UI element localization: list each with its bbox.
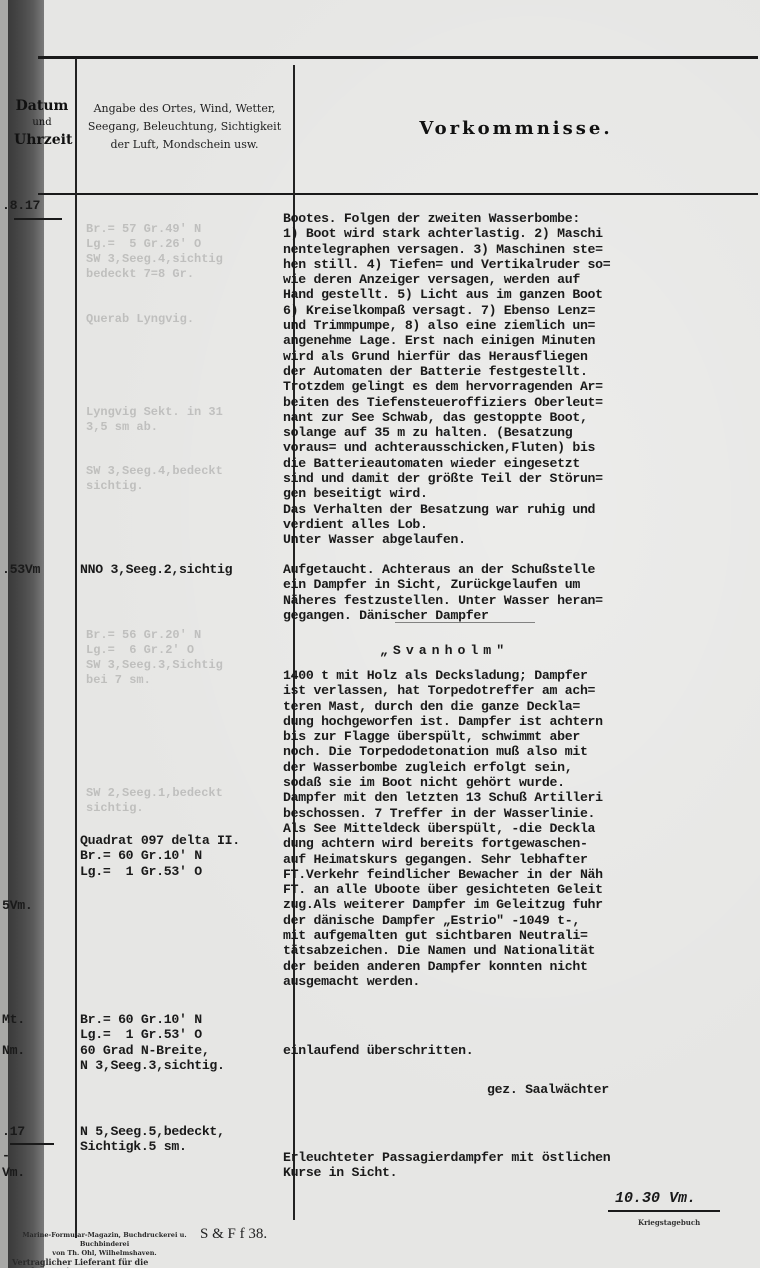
entry-1-date: .8.17 <box>2 198 76 213</box>
typed-line: sind und damit der größte Teil der Störu… <box>283 471 753 486</box>
typed-line: ein Dampfer in Sicht, Zurückgelaufen um <box>283 577 753 592</box>
header-events-column: Vorkommnisse. <box>296 118 736 139</box>
typed-line: solange auf 35 m zu halten. (Besatzung <box>283 425 753 440</box>
imprint-line: Marine-Formular-Magazin, Buchdruckerei u… <box>12 1231 197 1249</box>
typed-line: sodaß sie im Boot nicht gehört wurde. <box>283 775 753 790</box>
binding-shadow <box>8 0 44 1268</box>
entry-2-events: Aufgetaucht. Achteraus an der Schußstell… <box>283 562 753 623</box>
typed-line: zug.Als weiterer Dampfer im Geleitzug fu… <box>283 897 753 912</box>
typed-line: N 3,Seeg.3,sichtig. <box>80 1058 295 1073</box>
typed-line: Lg.= 1 Gr.53' O <box>80 864 295 879</box>
typed-line: einlaufend überschritten. <box>283 1043 753 1058</box>
header-date-column: Datum und Uhrzeit <box>14 95 70 151</box>
ship-name-svanholm: „Svanholm" <box>380 643 509 658</box>
entry-1-events: Bootes. Folgen der zweiten Wasserbombe:1… <box>283 211 753 548</box>
footer-time: 10.30 Vm. <box>615 1190 696 1207</box>
typed-line: verdient alles Lob. <box>283 517 753 532</box>
entry-2-place: NNO 3,Seeg.2,sichtig <box>80 562 295 577</box>
typed-line: noch. Die Torpedodetonation muß also mit <box>283 744 753 759</box>
document-page: Datum und Uhrzeit Angabe des Ortes, Wind… <box>0 0 760 1268</box>
entry-5-events: Erleuchteter Passagierdampfer mit östlic… <box>283 1150 753 1181</box>
typed-line: Unter Wasser abgelaufen. <box>283 532 753 547</box>
typed-line: die Batterieautomaten wieder eingesetzt <box>283 456 753 471</box>
typed-line: ist verlassen, hat Torpedotreffer am ach… <box>283 683 753 698</box>
header-place-line: Seegang, Beleuchtung, Sichtigkeit <box>82 118 287 136</box>
typed-line: Sichtigk.5 sm. <box>80 1139 295 1154</box>
typed-line: FT. an alle Uboote über gesichteten Gele… <box>283 882 753 897</box>
header-bottom-rule <box>38 193 758 195</box>
entry-4-time-b: Nm. <box>2 1043 76 1058</box>
typed-line: teren Mast, durch den die ganze Deckla= <box>283 699 753 714</box>
typed-line: angenehme Lage. Erst nach einigen Minute… <box>283 333 753 348</box>
header-place-line: der Luft, Mondschein usw. <box>82 136 287 154</box>
top-rule <box>38 56 758 59</box>
typed-line: tätsabzeichen. Die Namen und Nationalitä… <box>283 943 753 958</box>
imprint-line: Vertraglicher Lieferant für die Nordsees… <box>12 1258 197 1268</box>
bleed-through-text: Br.= 56 Gr.20' N Lg.= 6 Gr.2' O SW 3,See… <box>86 628 223 688</box>
typed-line: der beiden anderen Dampfer konnten nicht <box>283 959 753 974</box>
typed-line: gegangen. Dänischer Dampfer <box>283 608 753 623</box>
form-title-footer: Kriegstagebuch <box>638 1218 700 1227</box>
entry-5-time: Vm. <box>2 1165 76 1180</box>
typed-line: Erleuchteter Passagierdampfer mit östlic… <box>283 1150 753 1165</box>
typed-line: Br.= 60 Gr.10' N <box>80 848 295 863</box>
typed-line: nentelegraphen versagen. 3) Maschinen st… <box>283 242 753 257</box>
bleed-through-text: SW 2,Seeg.1,bedeckt sichtig. <box>86 786 223 816</box>
entry-4-place: Br.= 60 Gr.10' NLg.= 1 Gr.53' O60 Grad N… <box>80 1012 295 1073</box>
entry-3-events: 1400 t mit Holz als Decksladung; Dampfer… <box>283 668 753 989</box>
typed-line: voraus= und achterausschicken,Fluten) bi… <box>283 440 753 455</box>
typed-line: beiten des Tiefensteueroffiziers Oberleu… <box>283 395 753 410</box>
entry-5-date: .17 <box>2 1124 76 1139</box>
scan-edge <box>0 0 8 1268</box>
printer-imprint: Marine-Formular-Magazin, Buchdruckerei u… <box>12 1231 197 1268</box>
bleed-through-text: Br.= 57 Gr.49' N Lg.= 5 Gr.26' O SW 3,Se… <box>86 222 223 327</box>
typed-line: Lg.= 1 Gr.53' O <box>80 1027 295 1042</box>
entry-4-time-a: Mt. <box>2 1012 76 1027</box>
typed-line: und Trimmpumpe, 8) also eine ziemlich un… <box>283 318 753 333</box>
typed-line: der dänische Dampfer „Estrio" -1049 t-, <box>283 913 753 928</box>
header-and-label: und <box>14 117 70 129</box>
typed-line: 1400 t mit Holz als Decksladung; Dampfer <box>283 668 753 683</box>
typed-line: Kurse in Sicht. <box>283 1165 753 1180</box>
header-place-line: Angabe des Ortes, Wind, Wetter, <box>82 100 287 118</box>
typed-line: Dampfer mit den letzten 13 Schuß Artille… <box>283 790 753 805</box>
typed-line: nant zur See Schwab, das gestoppte Boot, <box>283 410 753 425</box>
typed-line: dung achtern wird bereits fortgewaschen- <box>283 836 753 851</box>
typed-line: 60 Grad N-Breite, <box>80 1043 295 1058</box>
typed-line: wird als Grund hierfür das Herausfliegen <box>283 349 753 364</box>
typed-line: beschossen. 7 Treffer in der Wasserlinie… <box>283 806 753 821</box>
typed-line: Das Verhalten der Besatzung war ruhig un… <box>283 502 753 517</box>
typed-line: Quadrat 097 delta II. <box>80 833 295 848</box>
entry-5-place: N 5,Seeg.5,bedeckt,Sichtigk.5 sm. <box>80 1124 295 1155</box>
signature: gez. Saalwächter <box>487 1082 609 1097</box>
typed-line: dung hochgeworfen ist. Dampfer ist achte… <box>283 714 753 729</box>
date-underline-2 <box>10 1143 54 1145</box>
header-date-label: Datum <box>16 98 69 114</box>
entry-4-events: einlaufend überschritten. <box>283 1043 753 1058</box>
typed-line: 1) Boot wird stark achterlastig. 2) Masc… <box>283 226 753 241</box>
typed-line: Als See Mitteldeck überspült, -die Deckl… <box>283 821 753 836</box>
typed-line: hen still. 4) Tiefen= und Vertikalruder … <box>283 257 753 272</box>
entry-5-dash: - <box>2 1148 76 1163</box>
typed-line: Trotzdem gelingt es dem hervorragenden A… <box>283 379 753 394</box>
typed-line: Hand gestellt. 5) Licht aus im ganzen Bo… <box>283 287 753 302</box>
typed-line: 6) Kreiselkompaß versagt. 7) Ebenso Lenz… <box>283 303 753 318</box>
typed-line: bis zur Flagge überspült, schwimmt aber <box>283 729 753 744</box>
typed-line: auf Heimatskurs gegangen. Sehr lebhafter <box>283 852 753 867</box>
entry-3-time: 5Vm. <box>2 898 76 913</box>
typed-line: ausgemacht werden. <box>283 974 753 989</box>
bleed-through-text: Lyngvig Sekt. in 31 3,5 sm ab. <box>86 405 223 435</box>
typed-line: wie deren Anzeiger versagen, werden auf <box>283 272 753 287</box>
header-time-label: Uhrzeit <box>14 132 72 148</box>
entry-3-place: Quadrat 097 delta II.Br.= 60 Gr.10' NLg.… <box>80 833 295 879</box>
footer-time-rule <box>608 1210 720 1212</box>
typed-line: Aufgetaucht. Achteraus an der Schußstell… <box>283 562 753 577</box>
typed-line: der Wasserbombe zugleich erfolgt sein, <box>283 760 753 775</box>
typed-line: Br.= 60 Gr.10' N <box>80 1012 295 1027</box>
date-column-divider <box>75 58 77 1238</box>
typed-line: FT.Verkehr feindlicher Bewacher in der N… <box>283 867 753 882</box>
header-place-column: Angabe des Ortes, Wind, Wetter, Seegang,… <box>82 100 287 154</box>
entry-2-time: .53Vm <box>2 562 76 577</box>
date-underline <box>14 218 62 220</box>
typed-line: N 5,Seeg.5,bedeckt, <box>80 1124 295 1139</box>
bleed-through-text: SW 3,Seeg.4,bedeckt sichtig. <box>86 464 223 494</box>
form-code: S & F f 38. <box>200 1226 267 1243</box>
typed-line: der Automaten der Batterie festgestellt. <box>283 364 753 379</box>
typed-line: Näheres festzustellen. Unter Wasser hera… <box>283 593 753 608</box>
underline-mark <box>395 622 535 623</box>
typed-line: mit aufgemalten gut sichtbaren Neutrali= <box>283 928 753 943</box>
typed-line: Bootes. Folgen der zweiten Wasserbombe: <box>283 211 753 226</box>
typed-line: gen beseitigt wird. <box>283 486 753 501</box>
